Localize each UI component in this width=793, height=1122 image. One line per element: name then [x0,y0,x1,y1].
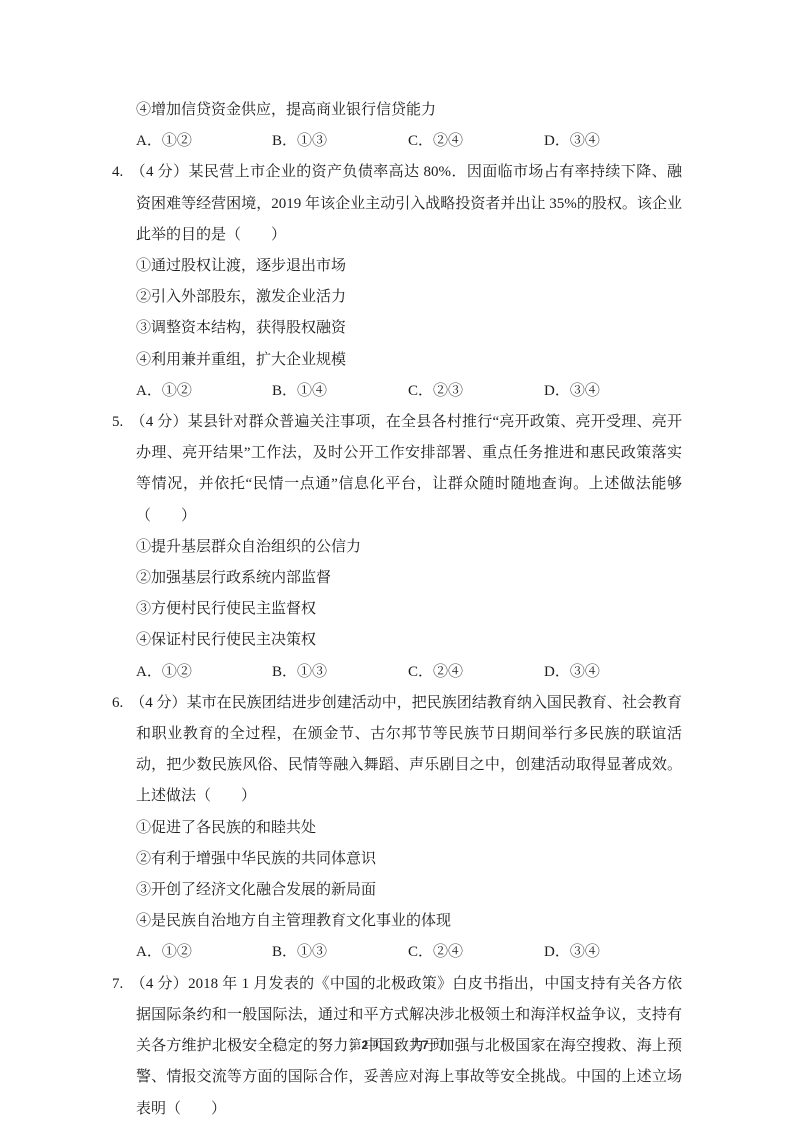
choice-line: ③调整资本结构，获得股权融资 [112,313,682,344]
page-number: 2 [361,1038,368,1052]
answer-option-a: A．①② [136,937,272,968]
answer-options-row: A．①② B．①④ C．②③ D．③④ [112,376,682,407]
questions-area: ④增加信贷资金供应，提高商业银行信贷能力 A．①② B．①③ C．②④ D．③④… [112,95,682,1122]
answer-option-c: C．②③ [408,376,544,407]
choice-line: ①提升基层群众自治组织的公信力 [112,532,682,563]
question-4: 4.（4 分）某民营上市企业的资产负债率高达 80%．因面临市场占有率持续下降、… [112,157,682,407]
choice-line: ④是民族自治地方自主管理教育文化事业的体现 [112,906,682,937]
answer-options-row: A．①② B．①③ C．②④ D．③④ [112,657,682,688]
question-score: （4 分） [130,976,188,992]
question-score: （4 分） [130,414,187,430]
choice-line: ①促进了各民族的和睦共处 [112,813,682,844]
choice-line: ④增加信贷资金供应，提高商业银行信贷能力 [112,95,682,126]
answer-option-d: D．③④ [544,937,600,968]
question-number: 4. [112,164,130,180]
question-5: 5.（4 分）某县针对群众普遍关注事项，在全县各村推行“亮开政策、亮开受理、亮开… [112,407,682,688]
answer-option-d: D．③④ [544,657,600,688]
question-stem: 6.（4 分）某市在民族团结进步创建活动中，把民族团结教育纳入国民教育、社会教育… [112,688,682,813]
question-text: 某市在民族团结进步创建活动中，把民族团结教育纳入国民教育、社会教育和职业教育的全… [136,695,682,805]
answer-option-d: D．③④ [544,376,600,407]
answer-options-row: A．①② B．①③ C．②④ D．③④ [112,937,682,968]
exam-page: ④增加信贷资金供应，提高商业银行信贷能力 A．①② B．①③ C．②④ D．③④… [0,0,793,1122]
answer-option-c: C．②④ [408,126,544,157]
answer-option-a: A．①② [136,657,272,688]
question-number: 5. [112,414,130,430]
answer-option-b: B．①④ [272,376,408,407]
answer-option-d: D．③④ [544,126,600,157]
answer-option-b: B．①③ [272,126,408,157]
question-stem: 5.（4 分）某县针对群众普遍关注事项，在全县各村推行“亮开政策、亮开受理、亮开… [112,407,682,532]
answer-option-c: C．②④ [408,937,544,968]
question-stem: 4.（4 分）某民营上市企业的资产负债率高达 80%．因面临市场占有率持续下降、… [112,157,682,251]
choice-line: ②有利于增强中华民族的共同体意识 [112,844,682,875]
answer-option-a: A．①② [136,126,272,157]
choice-line: ③方便村民行使民主监督权 [112,594,682,625]
question-text: 某县针对群众普遍关注事项，在全县各村推行“亮开政策、亮开受理、亮开办理、亮开结果… [136,414,682,524]
page-total-unit: 页 [432,1037,445,1052]
choice-line: ①通过股权让渡，逐步退出市场 [112,251,682,282]
page-number-label: 第 [348,1037,361,1052]
page-total: 7 [422,1038,429,1052]
question-6: 6.（4 分）某市在民族团结进步创建活动中，把民族团结教育纳入国民教育、社会教育… [112,688,682,969]
answer-option-c: C．②④ [408,657,544,688]
footer-separator: | [395,1037,398,1052]
question-number: 6. [112,695,130,711]
choice-line: ②引入外部股东，激发企业活力 [112,282,682,313]
choice-line: ②加强基层行政系统内部监督 [112,563,682,594]
question-score: （4 分） [130,164,188,180]
question-number: 7. [112,976,130,992]
page-footer: 第2页|共7页 [0,1036,793,1054]
question-score: （4 分） [130,695,186,711]
answer-options-row: A．①② B．①③ C．②④ D．③④ [112,126,682,157]
choice-line: ③开创了经济文化融合发展的新局面 [112,875,682,906]
answer-option-b: B．①③ [272,657,408,688]
choice-line: ④利用兼并重组，扩大企业规模 [112,345,682,376]
page-number-unit: 页 [371,1037,384,1052]
page-total-label: 共 [409,1037,422,1052]
question-3-continuation: ④增加信贷资金供应，提高商业银行信贷能力 A．①② B．①③ C．②④ D．③④ [112,95,682,157]
question-text: 某民营上市企业的资产负债率高达 80%．因面临市场占有率持续下降、融资困难等经营… [136,164,682,242]
choice-line: ④保证村民行使民主决策权 [112,625,682,656]
answer-option-b: B．①③ [272,937,408,968]
answer-option-a: A．①② [136,376,272,407]
